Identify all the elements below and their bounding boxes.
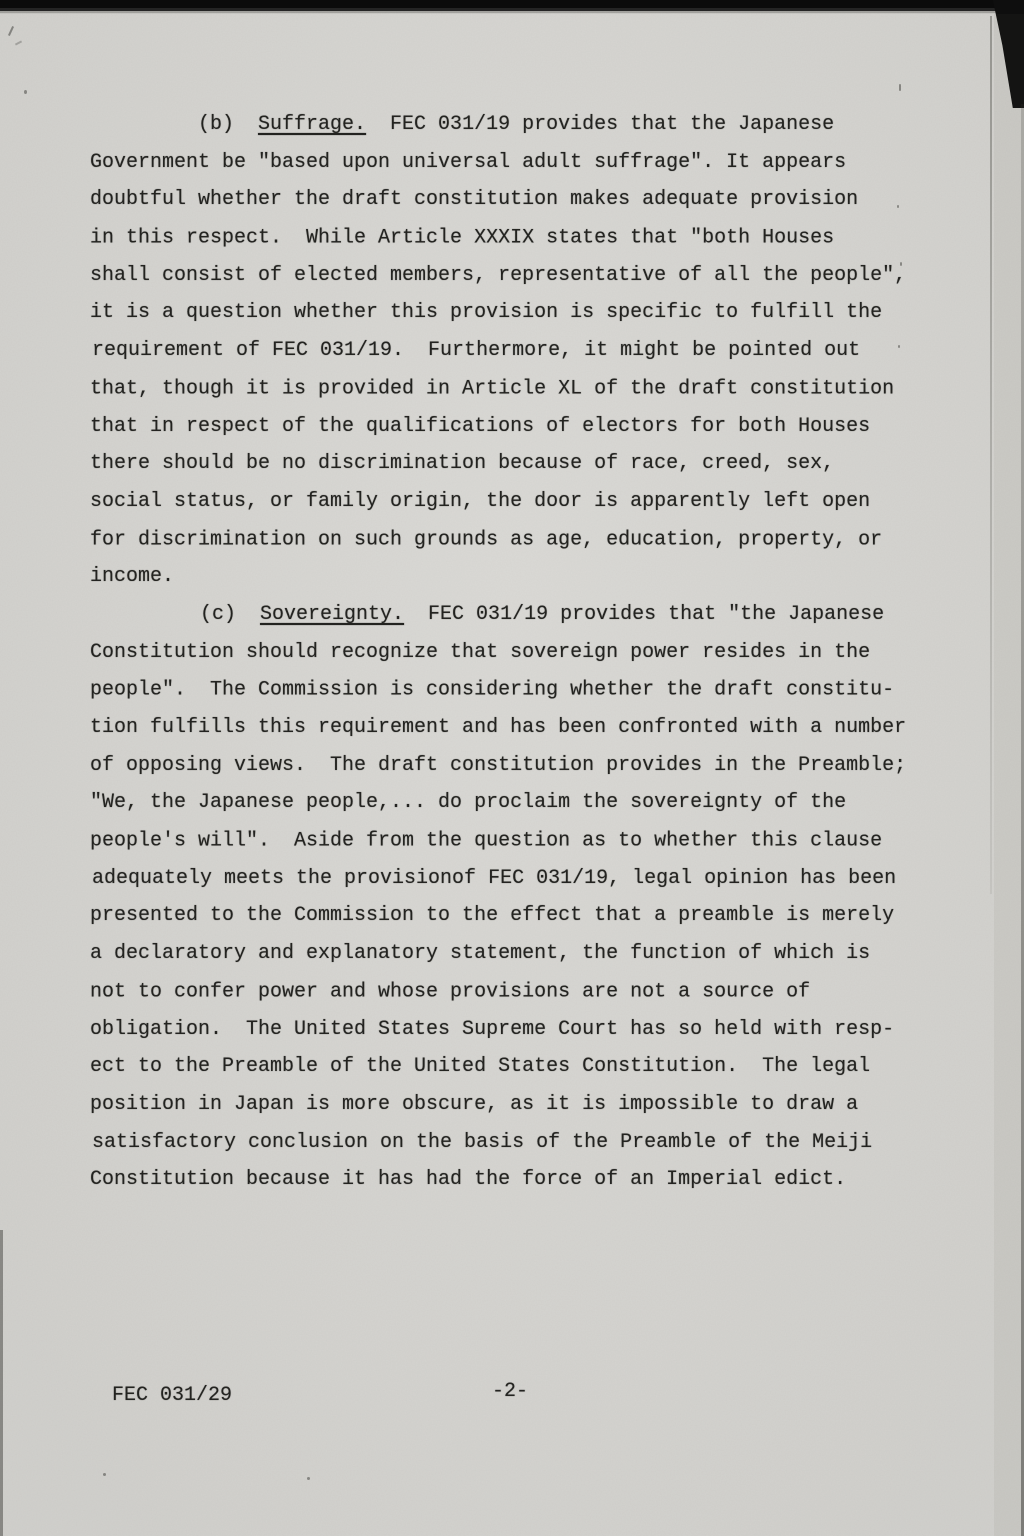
text-line: doubtful whether the draft constitution … <box>90 181 1020 219</box>
scan-speck <box>103 1473 106 1476</box>
scan-left-edge-line <box>0 1230 3 1536</box>
text-line: in this respect. While Article XXXIX sta… <box>90 220 1020 258</box>
underlined-heading: Suffrage. <box>258 113 366 136</box>
scan-speck <box>24 90 27 94</box>
text-line: obligation. The United States Supreme Co… <box>90 1011 1020 1049</box>
text-line: adequately meets the provisionof FEC 031… <box>92 860 1022 898</box>
text-line: it is a question whether this provision … <box>90 294 1020 332</box>
text-line: shall consist of elected members, repres… <box>90 257 1020 295</box>
text-line: that in respect of the qualifications of… <box>90 408 1020 446</box>
text-line: satisfactory conclusion on the basis of … <box>92 1124 1022 1162</box>
text-line: presented to the Commission to the effec… <box>90 897 1020 935</box>
stray-mark <box>8 26 14 36</box>
text-line: people". The Commission is considering w… <box>90 672 1020 710</box>
scan-top-edge <box>0 0 1024 14</box>
text-line: social status, or family origin, the doo… <box>90 483 1020 521</box>
document-body: (b) Suffrage. FEC 031/19 provides that t… <box>90 106 1020 1199</box>
text-line: tion fulfills this requirement and has b… <box>90 709 1020 747</box>
text-line: ect to the Preamble of the United States… <box>90 1048 1020 1086</box>
text-line: position in Japan is more obscure, as it… <box>90 1086 1020 1124</box>
text-line: that, though it is provided in Article X… <box>90 370 1020 408</box>
text-line: of opposing views. The draft constitutio… <box>90 747 1020 785</box>
text-line: Constitution because it has had the forc… <box>90 1161 1020 1199</box>
text-line: Government be "based upon universal adul… <box>90 144 1020 182</box>
scan-speck <box>899 84 901 91</box>
text-line: "We, the Japanese people,... do proclaim… <box>90 784 1020 822</box>
page-number: -2- <box>492 1380 528 1403</box>
text-line: (c) Sovereignty. FEC 031/19 provides tha… <box>92 596 1022 634</box>
stray-mark <box>15 40 22 45</box>
text-line: Constitution should recognize that sover… <box>90 634 1020 672</box>
scanned-document-page: (b) Suffrage. FEC 031/19 provides that t… <box>0 0 1024 1536</box>
text-line: for discrimination on such grounds as ag… <box>90 521 1020 559</box>
page-footer: FEC 031/29 -2- <box>0 1384 1024 1422</box>
text-line: there should be no discrimination becaus… <box>90 445 1020 483</box>
document-number: FEC 031/29 <box>112 1384 232 1407</box>
scan-speck <box>307 1477 310 1480</box>
text-line: people's will". Aside from the question … <box>90 823 1020 861</box>
text-line: (b) Suffrage. FEC 031/19 provides that t… <box>90 106 1020 144</box>
text-line: income. <box>90 558 1020 596</box>
text-line: a declaratory and explanatory statement,… <box>90 935 1020 973</box>
underlined-heading: Sovereignty. <box>260 603 404 626</box>
text-line: requirement of FEC 031/19. Furthermore, … <box>92 332 1022 370</box>
text-line: not to confer power and whose provisions… <box>90 973 1020 1011</box>
